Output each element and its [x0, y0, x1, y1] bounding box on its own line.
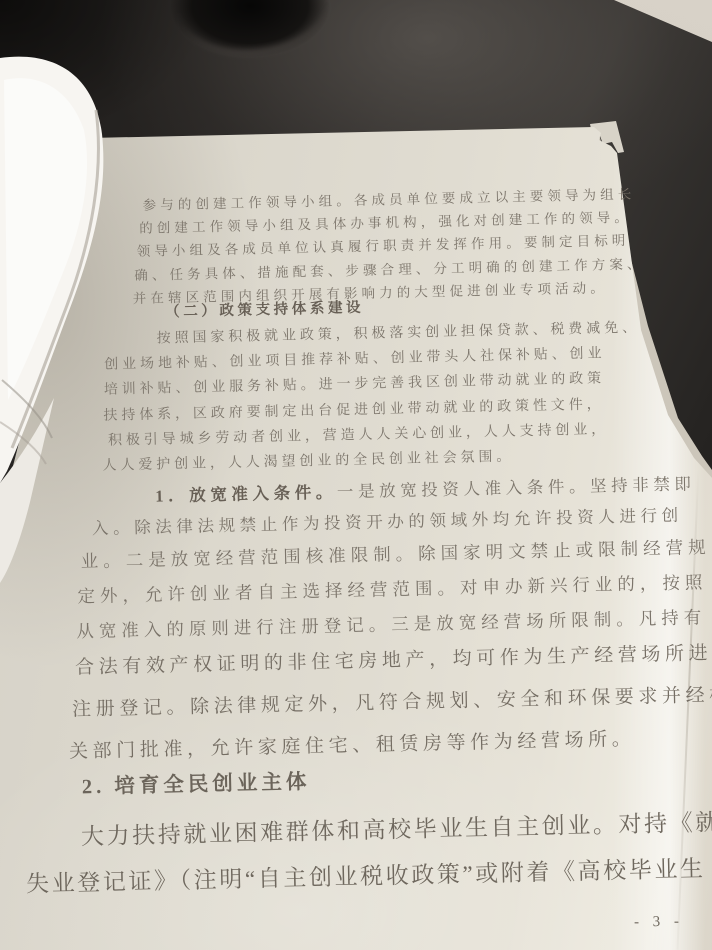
flipped-page-curl: [0, 50, 230, 650]
page-number: - 3 -: [634, 914, 684, 932]
item2-paragraph: 大力扶持就业困难群体和高校毕业生自主创业。对持《就业 失业登记证》（注明“自主创…: [25, 799, 712, 907]
item1-first-line-rest: 一是放宽投资人准入条件。坚持非禁即: [337, 474, 696, 501]
photo-of-document: 参与的创建工作领导小组。各成员单位要成立以主要领导为组长 的创建工作领导小组及具…: [0, 0, 712, 950]
item1-end: 合法有效产权证明的非住宅房地产，均可作为生产经营场所进行 注册登记。除法律规定外…: [67, 632, 712, 773]
item2-heading: 2. 培育全民创业主体: [81, 764, 310, 799]
